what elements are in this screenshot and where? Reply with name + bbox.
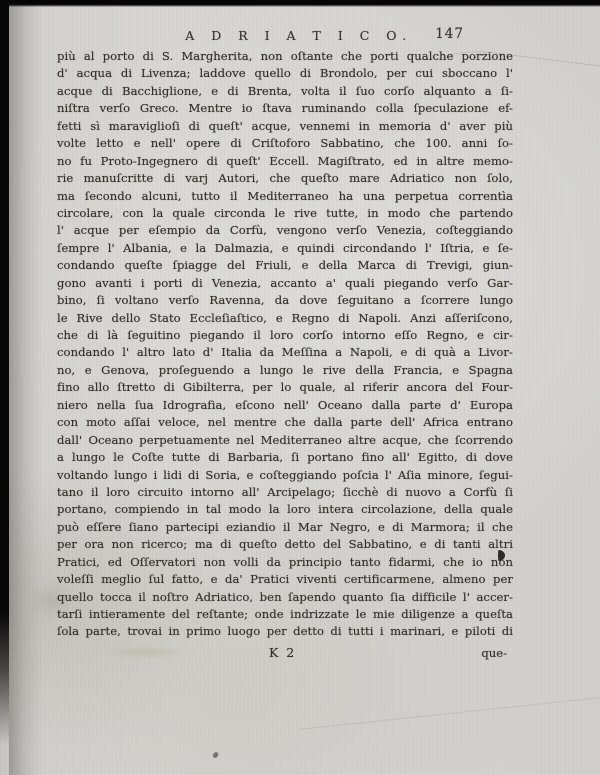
body-text-line: con moto aſſai veloce, nel mentre che da… [57, 414, 513, 431]
body-text-line: condando queſte ſpiagge del Friuli, e de… [57, 257, 513, 274]
body-text-line: ſempre l' Albania, e la Dalmazia, e quin… [57, 240, 513, 257]
body-text-line: gono avanti i porti di Venezia, accanto … [57, 275, 513, 292]
page-number: 147 [435, 26, 464, 42]
body-text-line: ſola parte, trovai in primo luogo per de… [57, 623, 513, 640]
body-text-line: l' acque per eſempio da Corfù, vengono v… [57, 222, 513, 239]
left-scan-edge [0, 0, 9, 745]
body-text-line: volte letto e nell' opere di Criſtoforo … [57, 135, 513, 152]
body-text-line: bino, ſi voltano verſo Ravenna, da dove … [57, 292, 513, 309]
body-text-line: dall' Oceano perpetuamente nel Mediterra… [57, 432, 513, 449]
body-text-line: portano, compiendo in tal modo la loro i… [57, 501, 513, 518]
body-text-line: rie manuſcritte di varj Autori, che queſ… [57, 170, 513, 187]
printed-content: A D R I A T I C O. 147 più al porto di S… [57, 26, 513, 665]
body-text-line: le Rive dello Stato Eccleſiaſtico, e Reg… [57, 310, 513, 327]
body-text-line: ma ſecondo alcuni, tutto il Mediterraneo… [57, 188, 513, 205]
body-text-line: fetti sì maraviglioſi di queſt' acque, v… [57, 118, 513, 135]
body-text-line: no, e Genova, proſeguendo a lungo le riv… [57, 362, 513, 379]
body-text-line: Pratici, ed Oſſervatori non volli da pri… [57, 554, 513, 571]
body-text-line: tarſi intieramente del reſtante; onde in… [57, 606, 513, 623]
signature-mark: K 2 [269, 645, 296, 660]
body-text-line: niſtra verſo Greco. Mentre io ſtava rumi… [57, 100, 513, 117]
body-text-line: che di là ſeguitino piegando il loro cor… [57, 327, 513, 344]
body-text-line: voleſſi meglio ſul fatto, e da' Pratici … [57, 571, 513, 588]
body-text-line: più al porto di S. Margherita, non oſtan… [57, 48, 513, 65]
top-scan-edge [0, 0, 600, 7]
body-text-line: no fu Proto-Ingegnero di queſt' Eccell. … [57, 153, 513, 170]
paper-smudge [103, 646, 187, 659]
text-block: più al porto di S. Margherita, non oſtan… [57, 48, 513, 641]
body-text-line: a lungo le Coſte tutte di Barbaria, ſi p… [57, 449, 513, 466]
running-title: A D R I A T I C O. [185, 28, 413, 43]
body-text-line: tano il loro circuito intorno all' Arcip… [57, 484, 513, 501]
body-text-line: voltando lungo i lidi di Soria, e coſteg… [57, 467, 513, 484]
body-text-line: quello tocca il noſtro Adriatico, ben ſa… [57, 589, 513, 606]
body-text-line: per ora non ricerco; ma di queſto detto … [57, 536, 513, 553]
body-text-line: niero nella ſua Idrografia, eſcono nell'… [57, 397, 513, 414]
body-text-line: d' acqua di Livenza; laddove quello di B… [57, 65, 513, 82]
gutter-shadow [9, 0, 43, 775]
page-header: A D R I A T I C O. 147 [57, 26, 513, 48]
body-text-line: acque di Bacchiglione, e di Brenta, volt… [57, 83, 513, 100]
catchword: que- [481, 646, 507, 660]
scanned-page: A D R I A T I C O. 147 più al porto di S… [0, 0, 600, 775]
body-text-line: circolare, con la quale circonda le rive… [57, 205, 513, 222]
body-text-line: può eſſere ſiano partecipi eziandio il M… [57, 519, 513, 536]
body-text-line: condando l' altro lato d' Italia da Meſſ… [57, 344, 513, 361]
body-text-line: fino allo ſtretto di Gibilterra, per lo … [57, 379, 513, 396]
